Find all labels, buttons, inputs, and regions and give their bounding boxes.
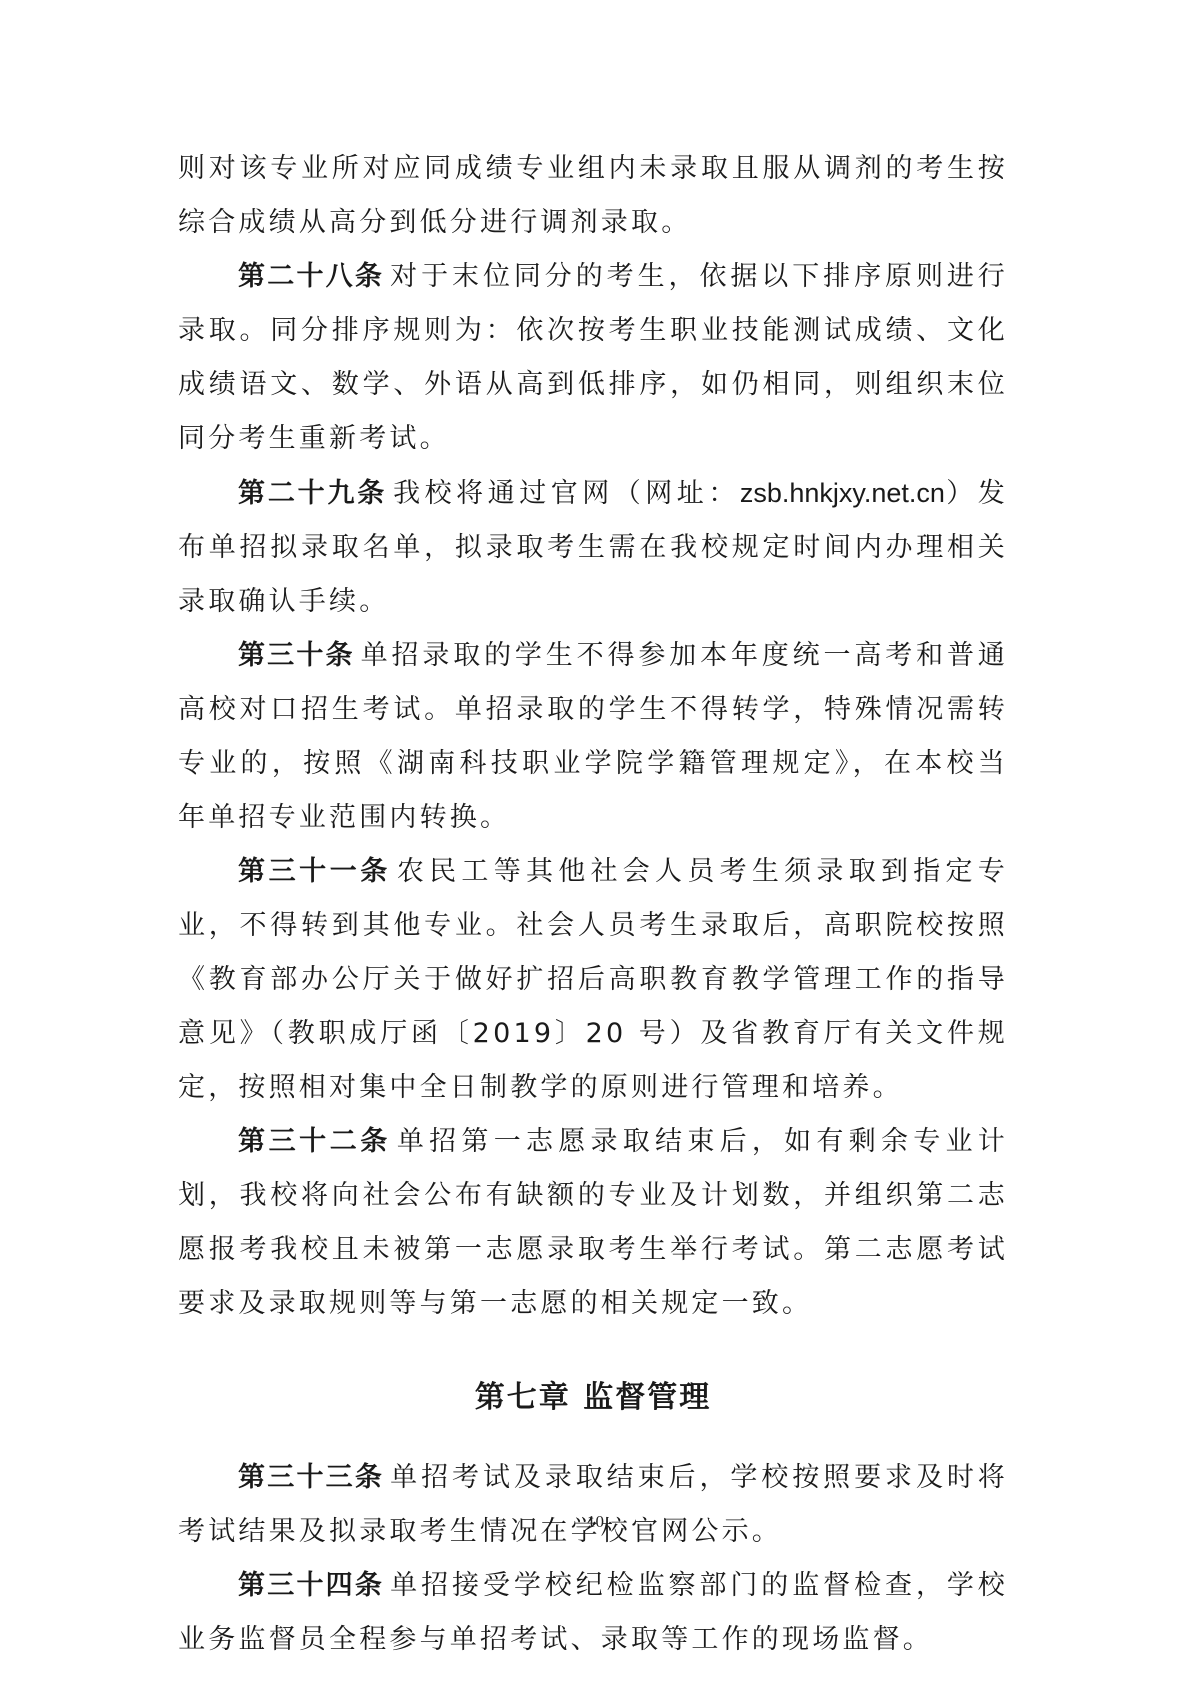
article-label: 第三十条: [238, 640, 355, 671]
article-32: 第三十二条单招第一志愿录取结束后，如有剩余专业计划，我校将向社会公布有缺额的专业…: [178, 1115, 1008, 1331]
article-label: 第三十二条: [238, 1126, 391, 1157]
article-30: 第三十条单招录取的学生不得参加本年度统一高考和普通高校对口招生考试。单招录取的学…: [178, 629, 1008, 845]
article-label: 第二十八条: [238, 261, 384, 292]
article-34: 第三十四条单招接受学校纪检监察部门的监督检查，学校业务监督员全程参与单招考试、录…: [178, 1559, 1008, 1667]
article-label: 第三十四条: [238, 1570, 384, 1601]
chapter-title: 第七章 监督管理: [178, 1371, 1008, 1425]
article-text: 农民工等其他社会人员考生须录取到指定专业，不得转到其他专业。社会人员考生录取后，…: [178, 856, 1008, 1103]
continuation-paragraph: 则对该专业所对应同成绩专业组内未录取且服从调剂的考生按综合成绩从高分到低分进行调…: [178, 142, 1008, 250]
article-label: 第三十三条: [238, 1462, 384, 1493]
article-text-before-url: 我校将通过官网（网址：: [393, 478, 740, 509]
article-31: 第三十一条农民工等其他社会人员考生须录取到指定专业，不得转到其他专业。社会人员考…: [178, 845, 1008, 1115]
article-label: 第三十一条: [238, 856, 391, 887]
article-29: 第二十九条我校将通过官网（网址：zsb.hnkjxy.net.cn）发布单招拟录…: [178, 466, 1008, 629]
page-number: 10: [0, 1512, 1191, 1532]
document-page: 则对该专业所对应同成绩专业组内未录取且服从调剂的考生按综合成绩从高分到低分进行调…: [0, 0, 1191, 1684]
article-28: 第二十八条对于末位同分的考生，依据以下排序原则进行录取。同分排序规则为：依次按考…: [178, 250, 1008, 466]
article-33: 第三十三条单招考试及录取结束后，学校按照要求及时将考试结果及拟录取考生情况在学校…: [178, 1451, 1008, 1559]
article-label: 第二十九条: [238, 478, 387, 509]
document-body: 则对该专业所对应同成绩专业组内未录取且服从调剂的考生按综合成绩从高分到低分进行调…: [178, 142, 1008, 1667]
paragraph-text: 则对该专业所对应同成绩专业组内未录取且服从调剂的考生按综合成绩从高分到低分进行调…: [178, 153, 1008, 238]
website-url: zsb.hnkjxy.net.cn: [740, 478, 945, 508]
